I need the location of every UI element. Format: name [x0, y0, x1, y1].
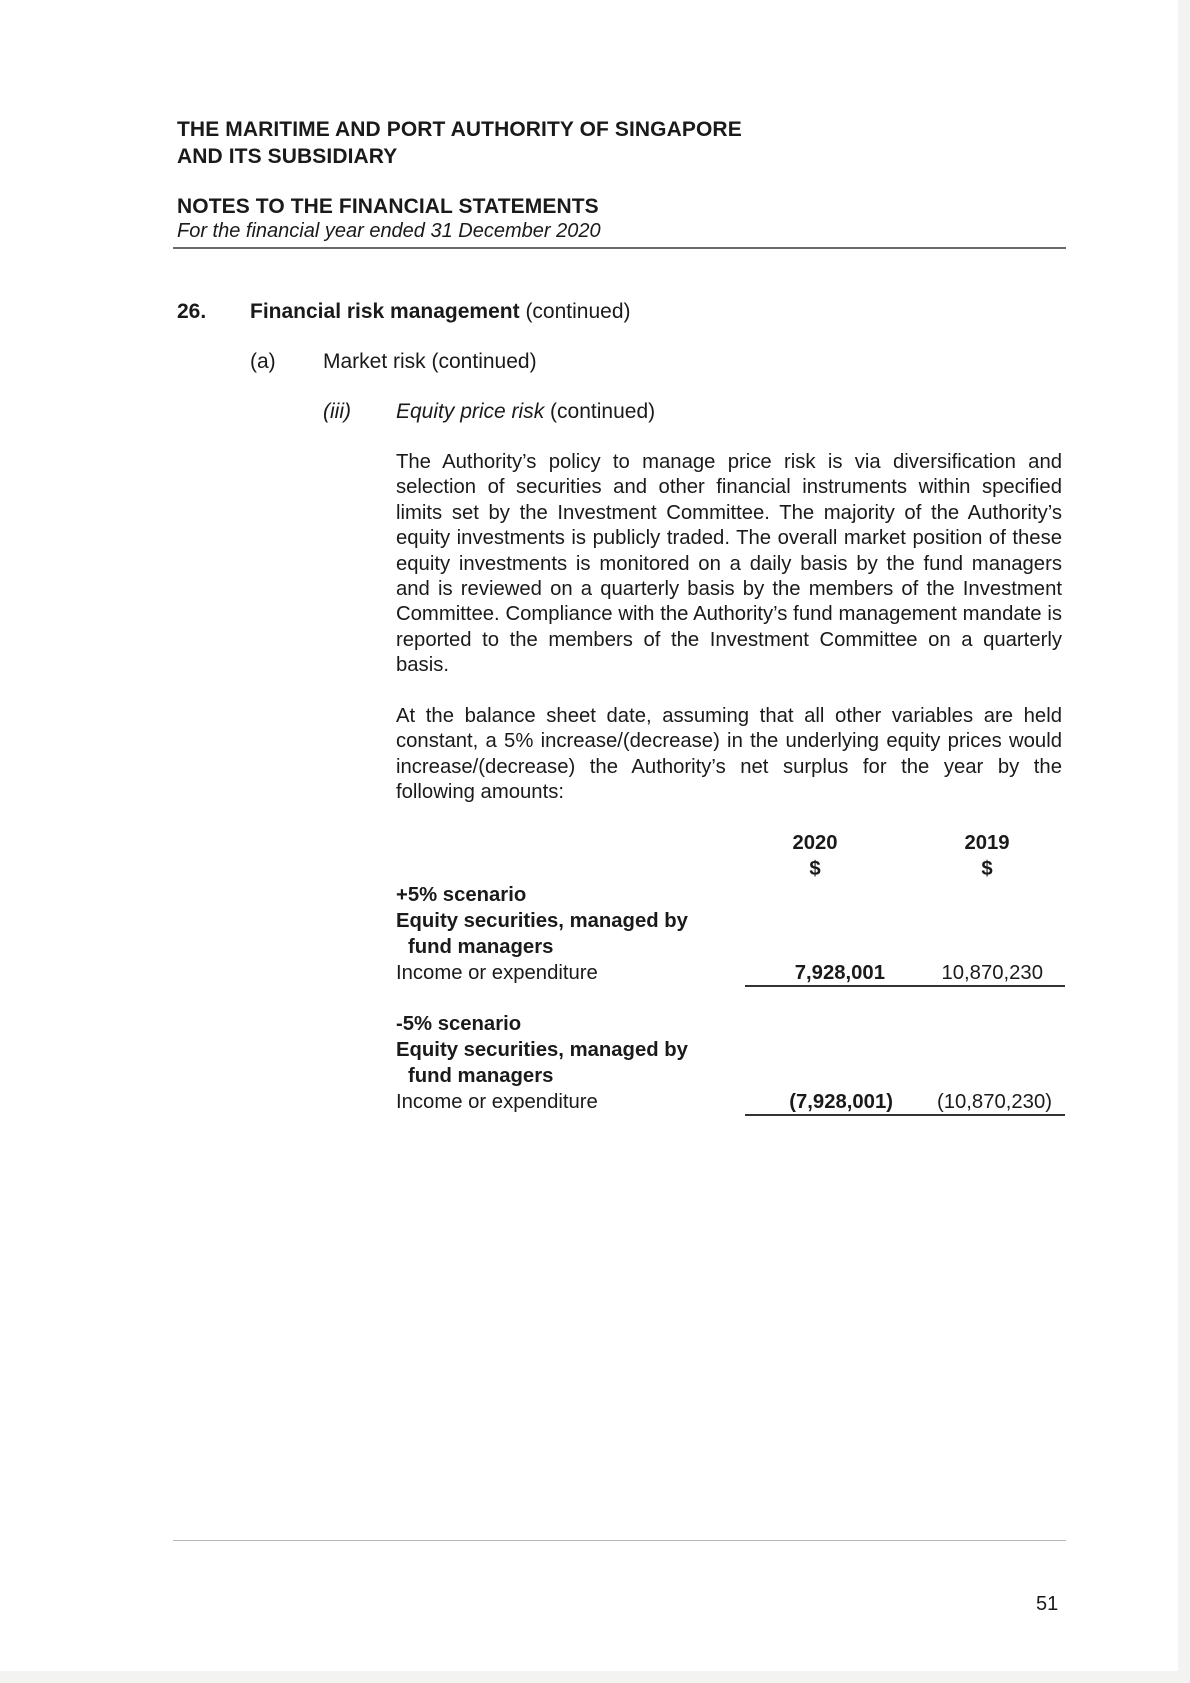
- scenario-plus5-category: Equity securities, managed by: [396, 910, 688, 933]
- scenario-plus5-total-rule: [745, 985, 1065, 987]
- footer-divider: [173, 1540, 1066, 1541]
- item-title-suffix: (continued): [544, 400, 655, 423]
- section-title-bold: Financial risk management: [250, 300, 520, 323]
- scenario-minus5-value-2020: (7,928,001): [745, 1091, 893, 1114]
- column-header-2020: 2020: [745, 832, 885, 855]
- item-label: (iii): [323, 400, 351, 424]
- scenario-plus5-title: +5% scenario: [396, 884, 526, 907]
- document-period: For the financial year ended 31 December…: [177, 220, 601, 243]
- scenario-plus5-value-2020: 7,928,001: [745, 962, 885, 985]
- column-header-2019: 2019: [917, 832, 1057, 855]
- scenario-plus5-value-2019: 10,870,230: [917, 962, 1043, 985]
- subsection-label: (a): [250, 350, 276, 374]
- column-unit-2019: $: [917, 858, 1057, 881]
- section-number: 26.: [177, 300, 206, 324]
- item-title-italic: Equity price risk: [396, 400, 544, 423]
- scenario-plus5-category-cont: fund managers: [408, 936, 553, 959]
- scenario-minus5-category: Equity securities, managed by: [396, 1039, 688, 1062]
- paragraph-price-risk-policy: The Authority’s policy to manage price r…: [396, 450, 1062, 679]
- org-name-line2: AND ITS SUBSIDIARY: [177, 145, 397, 169]
- scenario-minus5-title: -5% scenario: [396, 1013, 521, 1036]
- header-divider: [173, 247, 1066, 249]
- scenario-plus5-row-label: Income or expenditure: [396, 962, 598, 985]
- section-title: Financial risk management (continued): [250, 300, 631, 324]
- subsection-title: Market risk (continued): [323, 350, 537, 374]
- section-title-suffix: (continued): [520, 300, 631, 323]
- scenario-minus5-total-rule: [745, 1114, 1065, 1116]
- document-title: NOTES TO THE FINANCIAL STATEMENTS: [177, 195, 599, 219]
- scan-edge-bottom: [0, 1671, 1190, 1683]
- page-number: 51: [1036, 1593, 1058, 1616]
- scan-edge-right: [1178, 0, 1190, 1683]
- scenario-minus5-category-cont: fund managers: [408, 1065, 553, 1088]
- column-unit-2020: $: [745, 858, 885, 881]
- scenario-minus5-row-label: Income or expenditure: [396, 1091, 598, 1114]
- org-name-line1: THE MARITIME AND PORT AUTHORITY OF SINGA…: [177, 118, 742, 142]
- scenario-minus5-value-2019: (10,870,230): [917, 1091, 1052, 1114]
- paragraph-sensitivity: At the balance sheet date, assuming that…: [396, 704, 1062, 806]
- item-title: Equity price risk (continued): [396, 400, 655, 424]
